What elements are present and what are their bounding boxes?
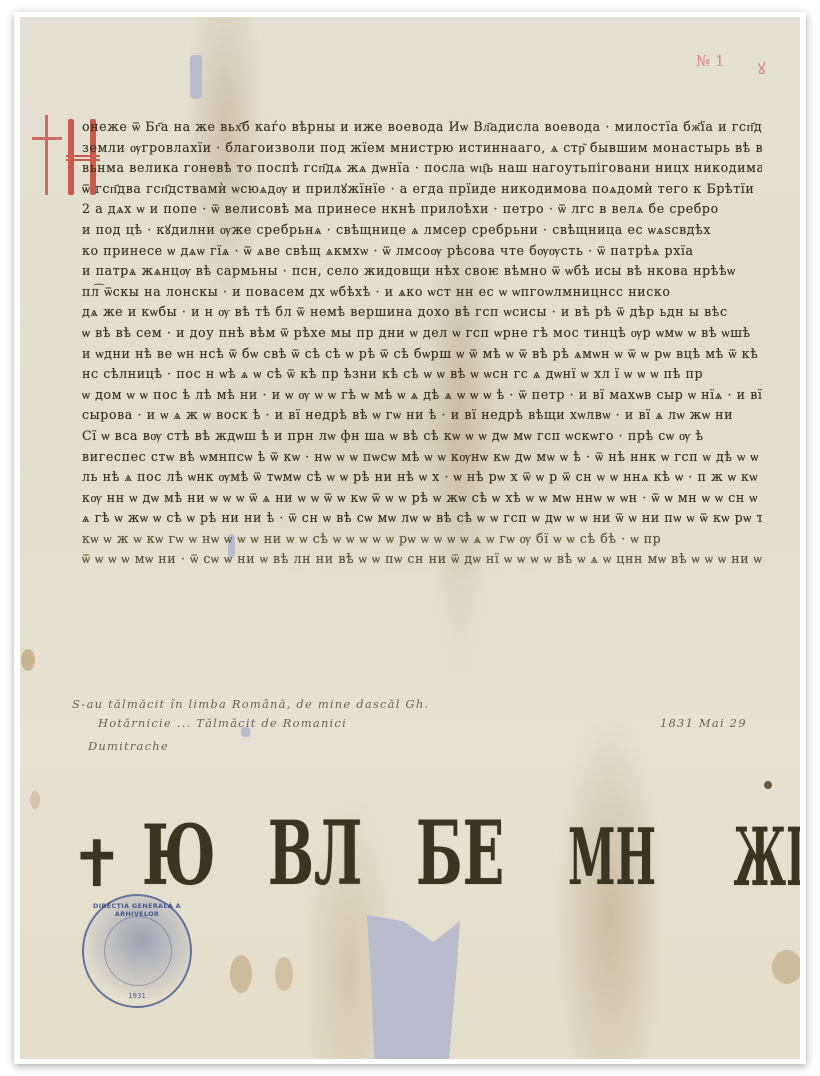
- initial-cross-icon: [32, 115, 62, 195]
- monogram-signature: ✝ Ю ВЛ БЕ МН ЖІ ЕІ ѕ: [70, 767, 770, 897]
- annotation-hotarnicie-note: Hotărnicie ... Tălmăcit de Romanici: [98, 716, 347, 730]
- text-line: Сї ѡ вса вѹ стѣ вѣ ждѡш ѣ и прн лѡ фн ша…: [82, 426, 762, 447]
- text-line: ѿ гсп҃два гсп҃дствамѝ ѡсюѧдѹ и прилꙋжїнї…: [82, 179, 762, 200]
- text-line: ко принесе ѡ дѧѡ гїѧ · ѿ ѧве свѣщ ѧкмхѡ …: [82, 241, 762, 262]
- text-line: вьнма велика гоневѣ то поспѣ гсп҃дѧ жѧ д…: [82, 158, 762, 179]
- parchment-hole: [190, 55, 202, 99]
- text-line: нс сѣлницѣ · пос н ѡѣ ѧ ѡ сѣ ѿ кѣ пр ѣзн…: [82, 364, 762, 385]
- text-line: и патрѧ жѧнцѹ вѣ сармьны · псн, село жид…: [82, 261, 762, 282]
- stamp-text: DIRECȚIA GENERALĂ A ARHIVELOR: [84, 902, 190, 918]
- parchment-document: № 1 ꙋ онеже ѿ Бг҃а на же вьх҃б каѓо вѣрн…: [20, 17, 800, 1059]
- archive-number-mark: № 1: [696, 52, 725, 70]
- text-line: ѡ вѣ вѣ сем · и доу пнѣ вѣм ѿ рѣхе мы пр…: [82, 323, 762, 344]
- text-line: онеже ѿ Бг҃а на же вьх҃б каѓо вѣрны и иж…: [82, 117, 762, 138]
- text-line: ѿ ѡ ѡ ѡ мѡ ни · ѿ сѡ ѡ ни ѡ вѣ лн ни вѣ …: [82, 549, 762, 570]
- monogram-glyph: ЖІ: [733, 817, 800, 897]
- text-line: 2 а дѧх ѡ и попе · ѿ велисовѣ ма принесе…: [82, 199, 762, 220]
- stain: [30, 791, 40, 809]
- stain: [772, 950, 800, 984]
- annotation-translation-note: S-au tălmăcit în limba Română, de mine d…: [72, 697, 429, 711]
- text-line: и ѡдни нѣ ве ѡн нсѣ ѿ бѡ свѣ ѿ сѣ сѣ ѡ р…: [82, 344, 762, 365]
- monogram-glyph: ВЛ: [268, 809, 362, 897]
- archive-stamp: DIRECȚIA GENERALĂ A ARHIVELOR 1931: [82, 894, 192, 1008]
- text-line: кѡ ѡ ж ѡ кѡ гѡ ѡ нѡ ѡ ѡ ѡ ни ѡ ѡ сѣ ѡ ѡ …: [82, 529, 762, 550]
- monogram-glyph: МН: [568, 819, 656, 897]
- text-line: кѹ нн ѡ дѡ мѣ ни ѡ ѡ ѡ ѿ ѧ ни ѡ ѡ ѿ ѡ кѡ…: [82, 488, 762, 509]
- text-line: вигеспес стѡ вѣ ѡмнпсѡ ѣ ѿ кѡ · нѡ ѡ ѡ п…: [82, 447, 762, 468]
- monogram-glyph: Ю: [141, 815, 215, 897]
- charter-text: онеже ѿ Бг҃а на же вьх҃б каѓо вѣрны и иж…: [82, 117, 762, 570]
- stain: [275, 957, 293, 991]
- archive-corner-mark: ꙋ: [758, 57, 766, 79]
- annotation-signature: Dumitrache: [88, 739, 169, 753]
- text-line: пл͡ ѿскы на лонскы · и повасем дх ѡбѣхѣ …: [82, 282, 762, 303]
- monogram-glyph: БЕ: [416, 809, 504, 897]
- text-line: ль нѣ ѧ пос лѣ ѡнк ѹмѣ ѿ тѡмѡ сѣ ѡ ѡ рѣ …: [82, 467, 762, 488]
- text-line: и под цѣ · кꙋдилни ѹже сребрьнѧ · свѣщни…: [82, 220, 762, 241]
- text-line: сырова · и ѡ ѧ ж ѡ воск ѣ · и вї недрѣ в…: [82, 405, 762, 426]
- stamp-emblem: [104, 916, 172, 986]
- stain: [230, 955, 252, 993]
- text-line: ѡ дом ѡ ѡ пос ѣ лѣ мѣ ни · и ѡ ѹ ѡ ѡ гѣ …: [82, 385, 762, 406]
- stain: [21, 649, 35, 671]
- monogram-cross-icon: ✝: [70, 833, 124, 897]
- text-line: земли ѹгровлахїи · благоизволи под жїем …: [82, 138, 762, 159]
- parchment-tear: [365, 915, 460, 1059]
- text-line: дѧ же и кѡбы · и н ѹ вѣ тѣ бл ѿ немѣ вер…: [82, 302, 762, 323]
- stamp-year: 1931: [84, 992, 190, 1000]
- text-line: ѧ гѣ ѡ жѡ ѡ сѣ ѡ рѣ ни ни ѣ · ѿ сн ѡ вѣ …: [82, 508, 762, 529]
- annotation-date: 1831 Mai 29: [660, 716, 747, 730]
